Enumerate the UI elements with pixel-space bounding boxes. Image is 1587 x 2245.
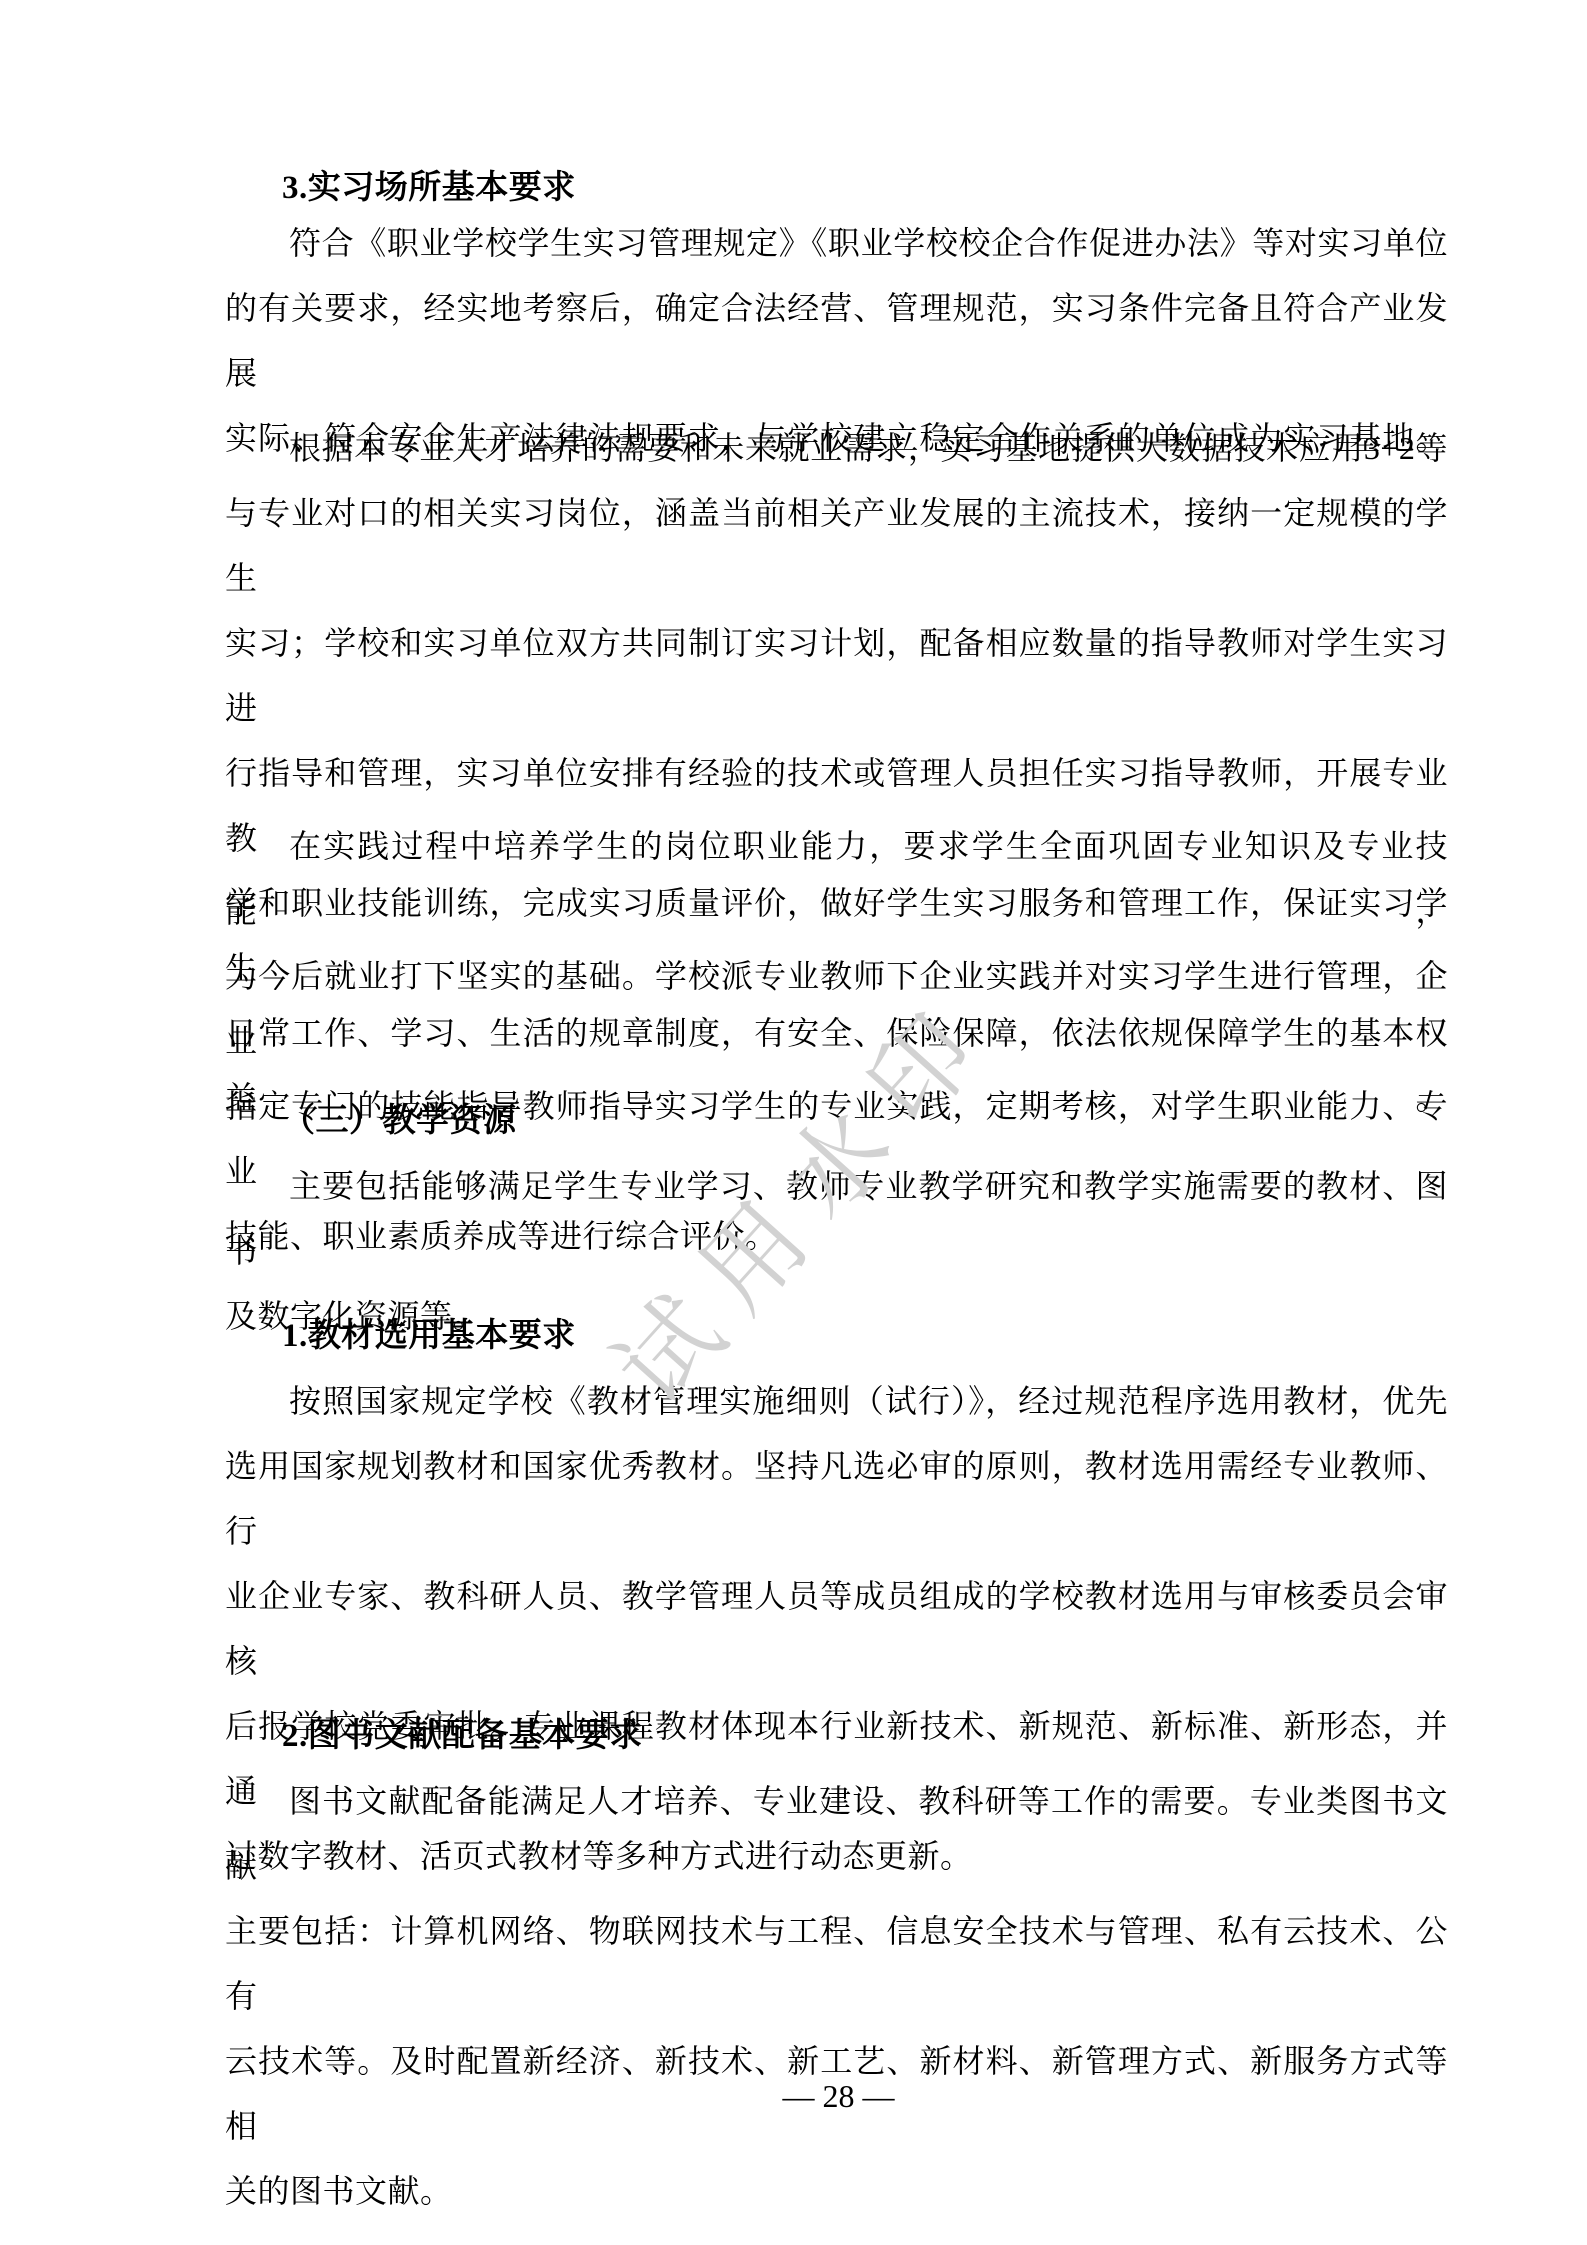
text-line: 的有关要求，经实地考察后，确定合法经营、管理规范，实习条件完备且符合产业发展 bbox=[225, 276, 1448, 406]
heading-teaching-resources: （三）教学资源 bbox=[225, 1089, 1505, 1154]
heading-library-documents: 2.图书文献配备基本要求 bbox=[225, 1704, 1505, 1769]
text-line: 按照国家规定学校《教材管理实施细则（试行）》，经过规范程序选用教材，优先 bbox=[225, 1369, 1448, 1434]
text-line: 业企业专家、教科研人员、教学管理人员等成员组成的学校教材选用与审核委员会审核 bbox=[225, 1564, 1448, 1694]
text-line: 图书文献配备能满足人才培养、专业建设、教科研等工作的需要。专业类图书文献 bbox=[225, 1769, 1448, 1899]
page-number: — 28 — bbox=[90, 2064, 1587, 2129]
text-line: 主要包括能够满足学生专业学习、教师专业教学研究和教学实施需要的教材、图书 bbox=[225, 1154, 1448, 1284]
text-line: 主要包括：计算机网络、物联网技术与工程、信息安全技术与管理、私有云技术、公有 bbox=[225, 1899, 1448, 2029]
paragraph-library-documents: 图书文献配备能满足人才培养、专业建设、教科研等工作的需要。专业类图书文献 主要包… bbox=[225, 1769, 1448, 2224]
text-line: 与专业对口的相关实习岗位，涵盖当前相关产业发展的主流技术，接纳一定规模的学生 bbox=[225, 481, 1448, 611]
document-page: 试用水印 3.实习场所基本要求 符合《职业学校学生实习管理规定》《职业学校校企合… bbox=[0, 0, 1587, 2245]
text-line: 实习；学校和实习单位双方共同制订实习计划，配备相应数量的指导教师对学生实习进 bbox=[225, 611, 1448, 741]
text-line: 在实践过程中培养学生的岗位职业能力，要求学生全面巩固专业知识及专业技能， bbox=[225, 814, 1448, 944]
document-content: 3.实习场所基本要求 符合《职业学校学生实习管理规定》《职业学校校企合作促进办法… bbox=[225, 0, 1448, 2245]
heading-textbook-selection: 1.教材选用基本要求 bbox=[225, 1304, 1505, 1369]
text-line: 关的图书文献。 bbox=[225, 2159, 1448, 2224]
text-line: 选用国家规划教材和国家优秀教材。坚持凡选必审的原则，教材选用需经专业教师、行 bbox=[225, 1434, 1448, 1564]
text-line: 为今后就业打下坚实的基础。学校派专业教师下企业实践并对实习学生进行管理，企业 bbox=[225, 944, 1448, 1074]
text-line: 根据本专业人才培养的需要和未来就业需求，实习基地提供大数据技术应用3+2等 bbox=[225, 416, 1448, 481]
text-line: 符合《职业学校学生实习管理规定》《职业学校校企合作促进办法》等对实习单位 bbox=[225, 211, 1448, 276]
